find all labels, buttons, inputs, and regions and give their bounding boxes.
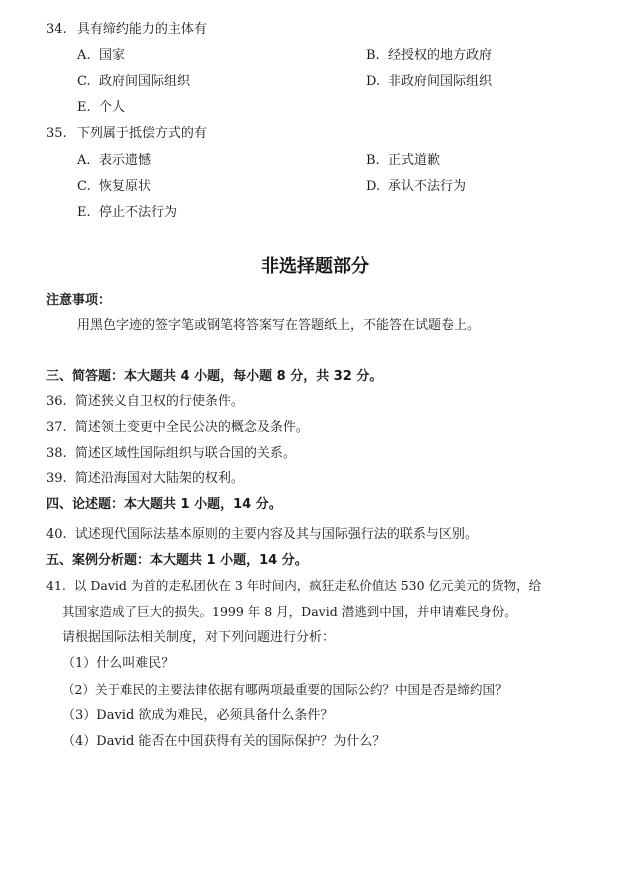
case-text-line-1: 以 David 为首的走私团伙在 3 年时间内，疯狂走私价值达 530 亿元美元… bbox=[74, 578, 541, 593]
option-35-d: D.承认不法行为 bbox=[366, 179, 466, 195]
notice-heading: 注意事项： bbox=[46, 293, 111, 309]
option-text: 政府间国际组织 bbox=[99, 74, 190, 89]
subquestion-3: （3）David 欲成为难民，必须具备什么条件？ bbox=[62, 708, 333, 724]
option-text: 恢复原状 bbox=[99, 179, 151, 194]
option-34-b: B.经授权的地方政府 bbox=[366, 48, 492, 64]
option-text: 非政府间国际组织 bbox=[388, 74, 492, 89]
case-text-line-2: 其国家造成了巨大的损失。1999 年 8 月，David 潜逃到中国，并申请难民… bbox=[62, 604, 517, 620]
option-label: E. bbox=[77, 205, 95, 221]
option-label: C. bbox=[77, 179, 95, 195]
question-37: 37. 简述领土变更中全民公决的概念及条件。 bbox=[46, 420, 309, 436]
section-4-header: 四、论述题：本大题共 1 小题，14 分。 bbox=[46, 497, 282, 513]
option-34-e: E.个人 bbox=[77, 100, 125, 116]
option-text: 正式道歉 bbox=[388, 153, 440, 168]
question-stem: 具有缔约能力的主体有 bbox=[77, 22, 207, 37]
question-41: 41. 以 David 为首的走私团伙在 3 年时间内，疯狂走私价值达 530 … bbox=[46, 578, 541, 594]
question-number: 36. bbox=[46, 394, 67, 410]
question-34: 34. 具有缔约能力的主体有 bbox=[46, 22, 207, 38]
option-34-c: C.政府间国际组织 bbox=[77, 74, 190, 90]
option-text: 国家 bbox=[99, 48, 125, 63]
question-39: 39. 简述沿海国对大陆架的权利。 bbox=[46, 471, 244, 487]
subquestion-4: （4）David 能否在中国获得有关的国际保护？为什么？ bbox=[62, 734, 385, 750]
option-label: B. bbox=[366, 153, 384, 169]
option-label: D. bbox=[366, 179, 384, 195]
subquestion-1: （1）什么叫难民？ bbox=[62, 656, 174, 672]
part-title: 非选择题部分 bbox=[0, 252, 630, 278]
option-text: 停止不法行为 bbox=[99, 205, 177, 220]
question-36: 36. 简述狭义自卫权的行使条件。 bbox=[46, 394, 244, 410]
option-label: A. bbox=[77, 153, 95, 169]
option-34-a: A.国家 bbox=[77, 48, 125, 64]
option-text: 个人 bbox=[99, 100, 125, 115]
question-text: 简述区域性国际组织与联合国的关系。 bbox=[75, 446, 296, 461]
option-text: 表示遗憾 bbox=[99, 153, 151, 168]
question-number: 34. bbox=[46, 22, 67, 38]
option-35-e: E.停止不法行为 bbox=[77, 205, 177, 221]
case-instruction: 请根据国际法相关制度，对下列问题进行分析： bbox=[62, 630, 335, 646]
section-5-header: 五、案例分析题：本大题共 1 小题，14 分。 bbox=[46, 553, 308, 569]
option-label: B. bbox=[366, 48, 384, 64]
option-35-b: B.正式道歉 bbox=[366, 153, 440, 169]
notice-text: 用黑色字迹的签字笔或钢笔将答案写在答题纸上，不能答在试题卷上。 bbox=[77, 318, 480, 334]
question-text: 简述领土变更中全民公决的概念及条件。 bbox=[75, 420, 309, 435]
option-text: 承认不法行为 bbox=[388, 179, 466, 194]
question-number: 37. bbox=[46, 420, 67, 436]
option-35-c: C.恢复原状 bbox=[77, 179, 151, 195]
question-number: 38. bbox=[46, 446, 67, 462]
question-number: 35. bbox=[46, 126, 67, 142]
option-text: 经授权的地方政府 bbox=[388, 48, 492, 63]
question-38: 38. 简述区域性国际组织与联合国的关系。 bbox=[46, 446, 296, 462]
question-number: 41. bbox=[46, 578, 66, 594]
question-text: 简述狭义自卫权的行使条件。 bbox=[75, 394, 244, 409]
question-text: 简述沿海国对大陆架的权利。 bbox=[75, 471, 244, 486]
question-stem: 下列属于抵偿方式的有 bbox=[77, 126, 207, 141]
question-number: 40. bbox=[46, 527, 67, 543]
option-label: E. bbox=[77, 100, 95, 116]
option-label: D. bbox=[366, 74, 384, 90]
question-text: 试述现代国际法基本原则的主要内容及其与国际强行法的联系与区别。 bbox=[75, 527, 478, 542]
subquestion-2: （2）关于难民的主要法律依据有哪两项最重要的国际公约？中国是否是缔约国？ bbox=[62, 682, 507, 698]
option-label: C. bbox=[77, 74, 95, 90]
option-34-d: D.非政府间国际组织 bbox=[366, 74, 492, 90]
question-40: 40. 试述现代国际法基本原则的主要内容及其与国际强行法的联系与区别。 bbox=[46, 527, 478, 543]
section-3-header: 三、简答题：本大题共 4 小题，每小题 8 分，共 32 分。 bbox=[46, 369, 382, 385]
question-number: 39. bbox=[46, 471, 67, 487]
option-35-a: A.表示遗憾 bbox=[77, 153, 151, 169]
question-35: 35. 下列属于抵偿方式的有 bbox=[46, 126, 207, 142]
option-label: A. bbox=[77, 48, 95, 64]
